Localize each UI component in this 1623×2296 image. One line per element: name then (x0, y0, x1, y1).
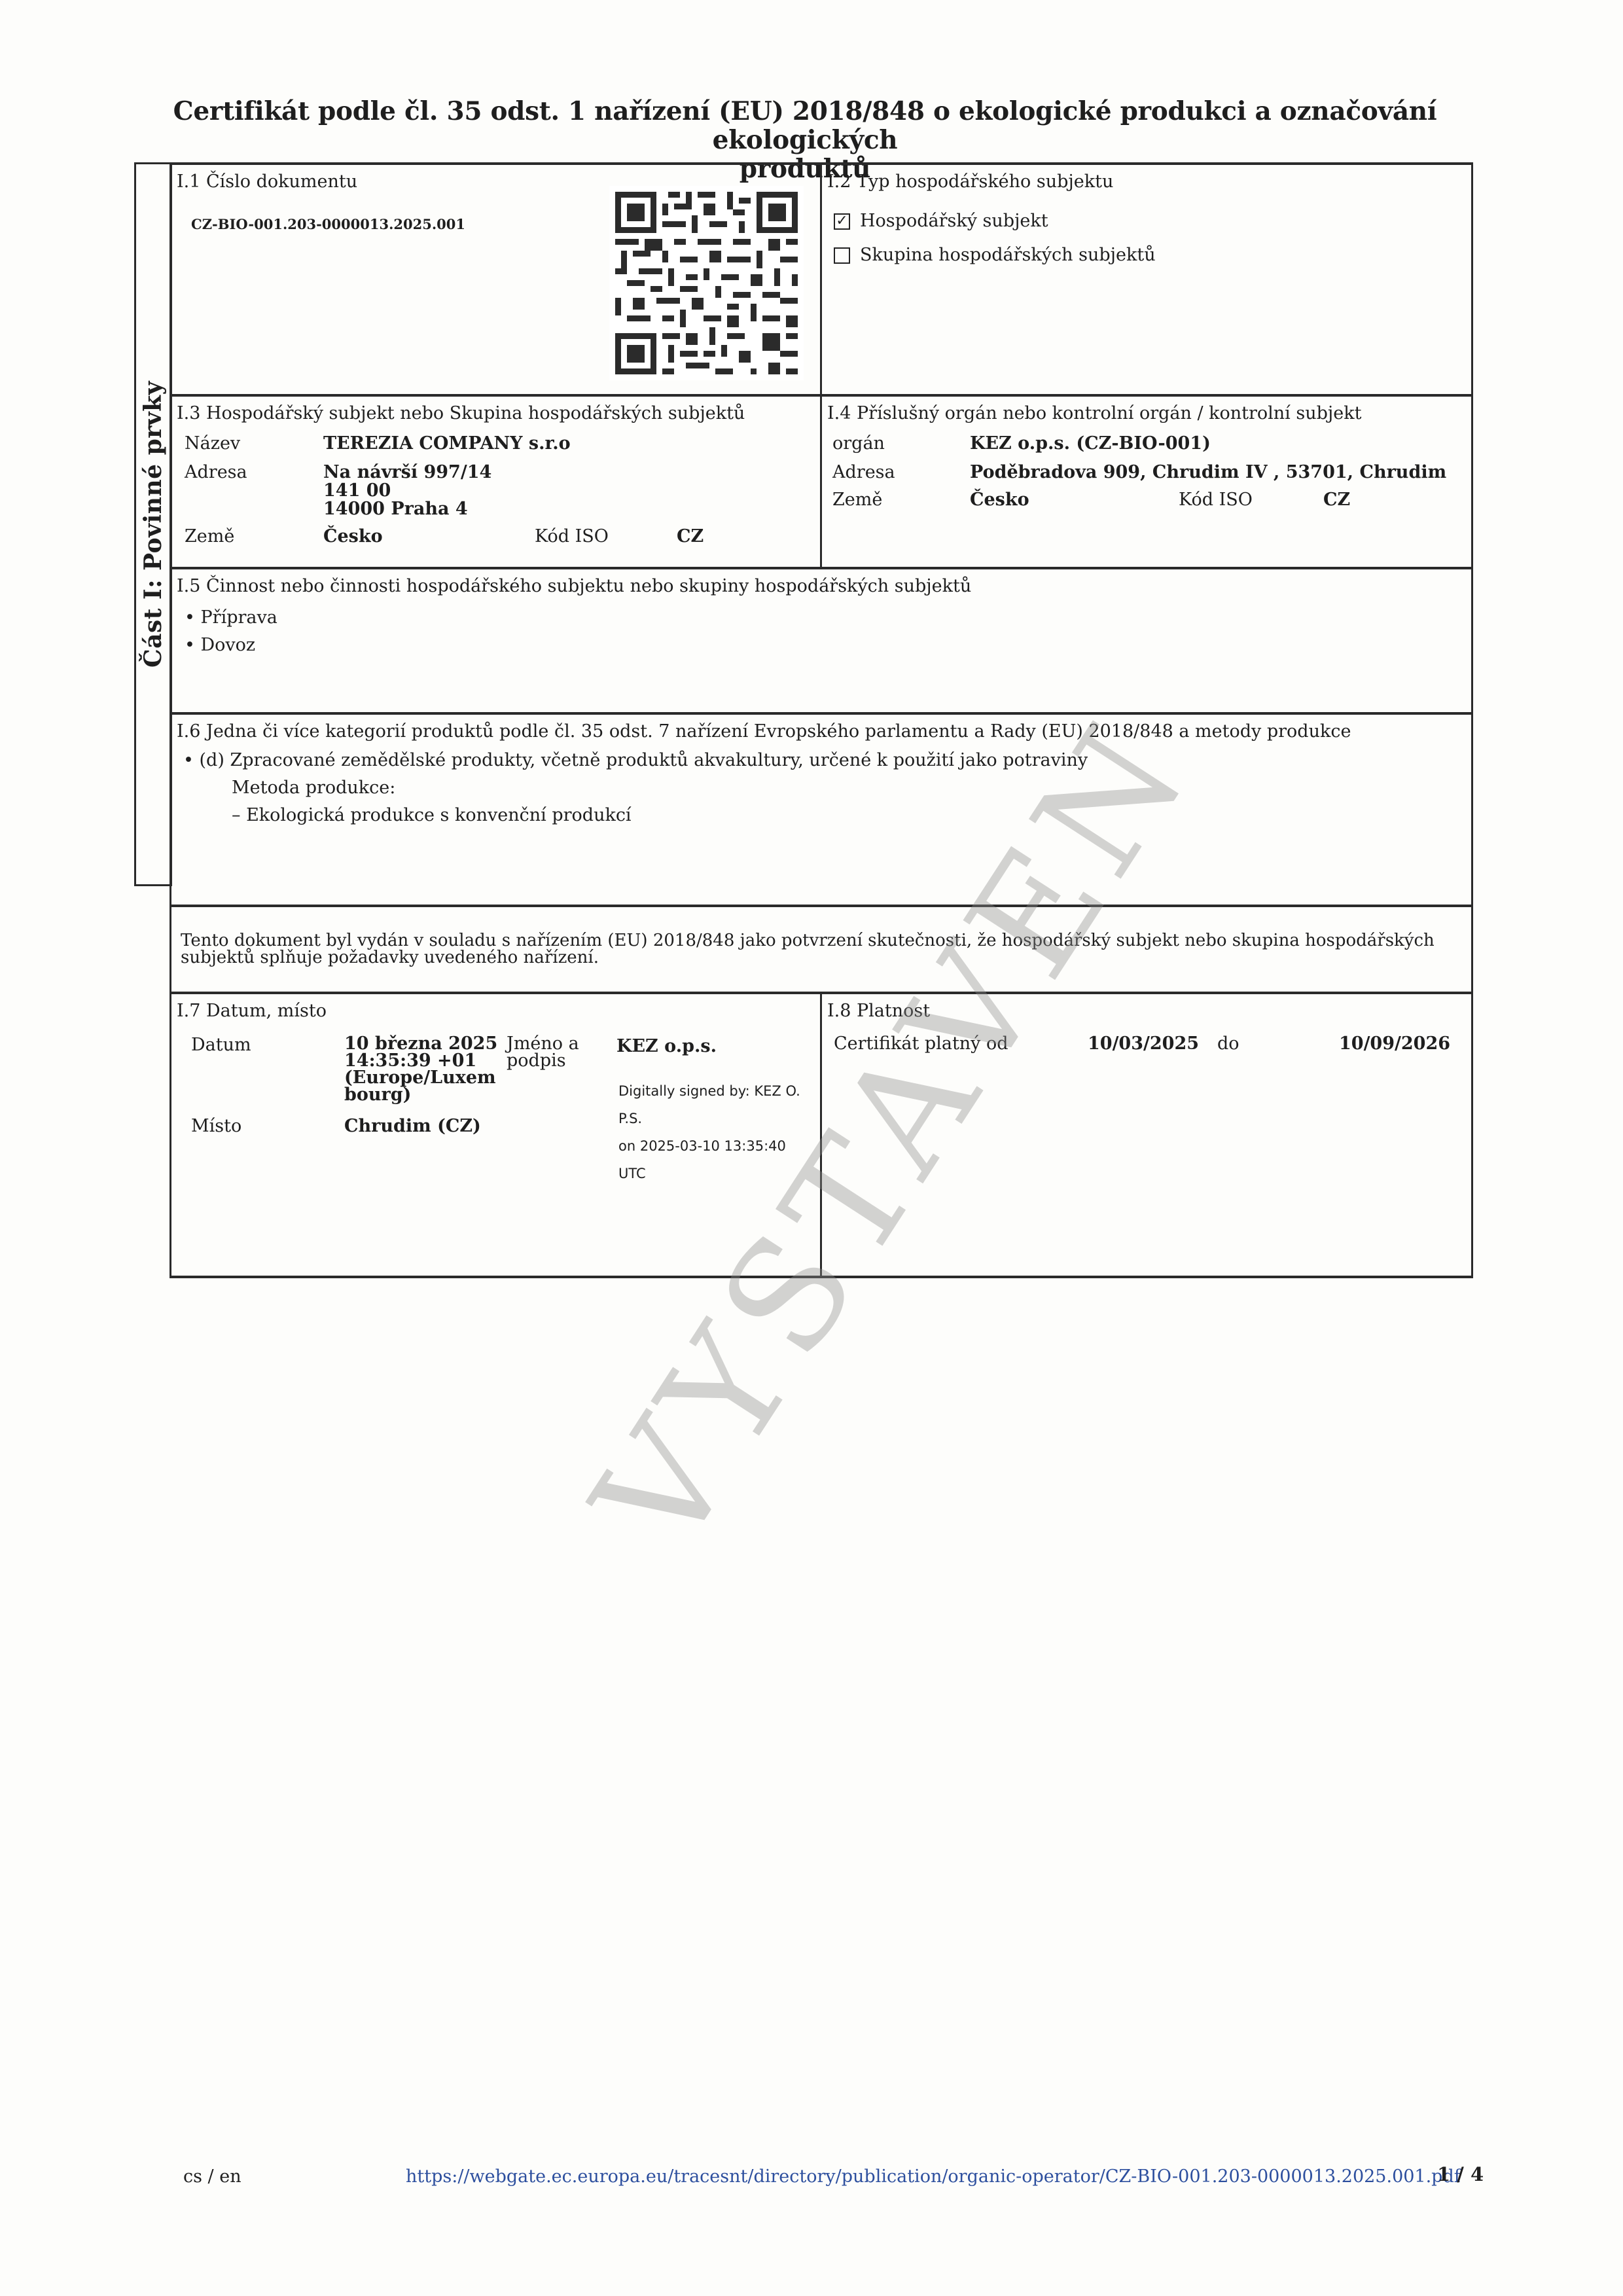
section-title: I.5 Činnost nebo činnosti hospodářského … (177, 576, 971, 596)
checkbox-unchecked-icon[interactable] (834, 247, 850, 264)
section-date-place: I.7 Datum, místo Datum 10 března 2025 14… (169, 992, 822, 1278)
address-line-1: Na návrší 997/14 (323, 462, 491, 482)
option-label: Skupina hospodářských subjektů (860, 245, 1156, 265)
checkbox-checked-icon[interactable]: ✓ (834, 213, 850, 230)
section-title: I.2 Typ hospodářského subjektu (827, 171, 1113, 192)
section-title: I.4 Příslušný orgán nebo kontrolní orgán… (827, 403, 1362, 423)
part-one-side-label: Část I: Povinné prvky (139, 381, 167, 668)
valid-to-date: 10/09/2026 (1339, 1033, 1450, 1054)
iso-label: Kód ISO (535, 526, 609, 547)
control-body-address: Poděbradova 909, Chrudim IV , 53701, Chr… (970, 462, 1446, 482)
activity-item: Příprava (185, 607, 277, 628)
country-label: Země (832, 490, 882, 510)
iso-label: Kód ISO (1179, 490, 1253, 510)
footer-language[interactable]: cs / en (183, 2166, 241, 2187)
digital-signature-line-3: on 2025-03-10 13:35:40 (618, 1138, 786, 1154)
section-validity: I.8 Platnost Certifikát platný od 10/03/… (820, 992, 1473, 1278)
digital-signature-line-1: Digitally signed by: KEZ O. (618, 1083, 800, 1099)
qr-code-icon[interactable] (609, 186, 804, 380)
section-title: I.1 Číslo dokumentu (177, 171, 357, 192)
footer-publication-link[interactable]: https://webgate.ec.europa.eu/tracesnt/di… (406, 2166, 1461, 2187)
option-label: Hospodářský subjekt (860, 211, 1048, 231)
valid-to-label: do (1217, 1033, 1240, 1054)
section-operator-type: I.2 Typ hospodářského subjektu ✓ Hospodá… (820, 162, 1473, 395)
document-number: CZ-BIO-001.203-0000013.2025.001 (191, 216, 465, 232)
place-value: Chrudim (CZ) (344, 1116, 481, 1136)
section-activities: I.5 Činnost nebo činnosti hospodářského … (169, 567, 1473, 713)
signature-label-line-2: podpis (507, 1052, 566, 1070)
place-label: Místo (191, 1116, 241, 1136)
iso-value: CZ (677, 526, 704, 547)
section-title: I.7 Datum, místo (177, 1001, 327, 1021)
signer-name: KEZ o.p.s. (616, 1036, 717, 1056)
section-title: I.6 Jedna či více kategorií produktů pod… (177, 721, 1351, 742)
digital-signature-line-4: UTC (618, 1166, 646, 1181)
footer-page-number: 1 / 4 (1437, 2163, 1484, 2185)
section-title: I.3 Hospodářský subjekt nebo Skupina hos… (177, 403, 745, 423)
control-body-name: KEZ o.p.s. (CZ-BIO-001) (970, 433, 1211, 454)
section-operator: I.3 Hospodářský subjekt nebo Skupina hos… (169, 394, 822, 568)
section-control-body: I.4 Příslušný orgán nebo kontrolní orgán… (820, 394, 1473, 568)
section-product-categories: I.6 Jedna či více kategorií produktů pod… (169, 712, 1473, 906)
name-label: Název (185, 433, 240, 454)
section-title: I.8 Platnost (827, 1001, 930, 1021)
activity-item: Dovoz (185, 635, 255, 655)
valid-from-date: 10/03/2025 (1088, 1033, 1199, 1054)
valid-from-label: Certifikát platný od (834, 1033, 1008, 1054)
title-line-1: Certifikát podle čl. 35 odst. 1 nařízení… (118, 97, 1492, 154)
date-label: Datum (191, 1035, 251, 1055)
address-line-2: 141 00 (323, 480, 391, 501)
country-value: Česko (323, 526, 383, 547)
production-method-label: Metoda produkce: (232, 778, 395, 798)
address-label: Adresa (185, 462, 247, 482)
compliance-statement: Tento dokument byl vydán v souladu s nař… (169, 905, 1473, 993)
country-value: Česko (970, 490, 1029, 510)
section-document-number: I.1 Číslo dokumentu CZ-BIO-001.203-00000… (169, 162, 822, 395)
statement-line-2: subjektů splňuje požadavky uvedeného nař… (181, 948, 599, 967)
body-label: orgán (832, 433, 885, 454)
production-method-value: – Ekologická produkce s konvenční produk… (232, 805, 632, 825)
part-one-side-label-box: Část I: Povinné prvky (134, 162, 172, 886)
digital-signature-line-2: P.S. (618, 1111, 642, 1126)
date-line-4: bourg) (344, 1086, 411, 1104)
product-category: (d) Zpracované zemědělské produkty, včet… (183, 750, 1088, 770)
country-label: Země (185, 526, 234, 547)
address-label: Adresa (832, 462, 895, 482)
address-line-3: 14000 Praha 4 (323, 499, 468, 519)
iso-value: CZ (1323, 490, 1350, 510)
operator-name: TEREZIA COMPANY s.r.o (323, 433, 571, 454)
